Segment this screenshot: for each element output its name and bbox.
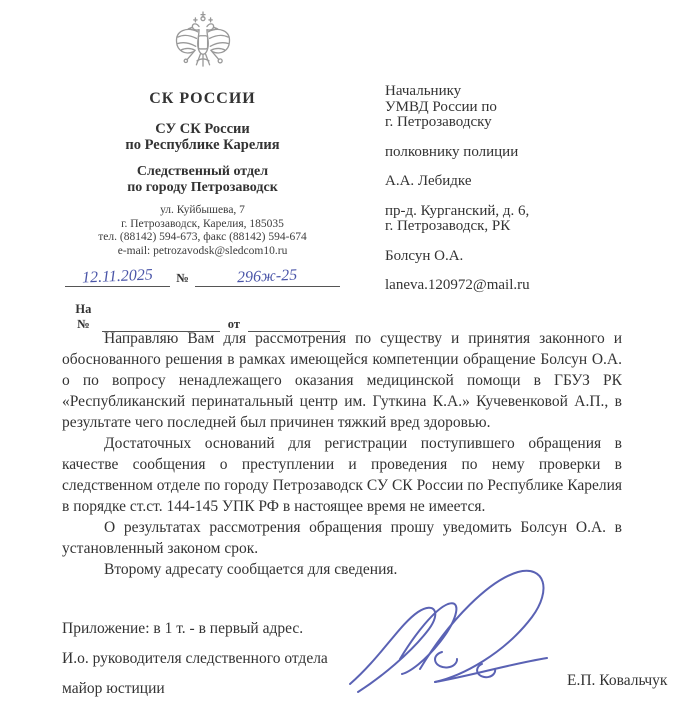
org-name-mid-line1: СУ СК России xyxy=(55,121,350,137)
attachment-line: Приложение: в 1 т. - в первый адрес. xyxy=(62,620,303,638)
signer-position-line1: И.о. руководителя следственного отдела xyxy=(62,650,328,668)
dept-line2: по городу Петрозаводск xyxy=(55,180,350,196)
handwritten-date: 12.11.2025 xyxy=(82,266,154,287)
recipient-address-line1: пр-д. Курганский, д. 6, xyxy=(385,204,635,220)
recipient-org-line2: г. Петрозаводску xyxy=(385,115,635,131)
recipient-title: Начальнику xyxy=(385,84,635,100)
org-name-top: СК РОССИИ xyxy=(55,90,350,108)
address-phone-fax: тел. (88142) 594-673, факс (88142) 594-6… xyxy=(55,231,350,245)
recipient-rank: полковнику полиции xyxy=(385,145,635,161)
address-email: e-mail: petrozavodsk@sledcom10.ru xyxy=(55,245,350,259)
handwritten-signature xyxy=(342,562,572,700)
signer-name: Е.П. Ковальчук xyxy=(567,672,667,690)
letter-body: Направляю Вам для рассмотрения по сущест… xyxy=(62,328,622,580)
recipient-name: А.А. Лебидке xyxy=(385,174,635,190)
org-name-mid-line2: по Республике Карелия xyxy=(55,137,350,153)
body-paragraph-1: Направляю Вам для рассмотрения по сущест… xyxy=(62,328,622,433)
address-street: ул. Куйбышева, 7 xyxy=(55,204,350,218)
handwritten-number: 296ж-25 xyxy=(237,267,298,288)
letterhead: СК РОССИИ СУ СК России по Республике Кар… xyxy=(55,8,350,332)
outgoing-number-line: 296ж-25 xyxy=(195,268,340,287)
document-page: СК РОССИИ СУ СК России по Республике Кар… xyxy=(0,0,677,703)
recipient-address-line2: г. Петрозаводск, РК xyxy=(385,219,635,235)
second-addressee-email: laneva.120972@mail.ru xyxy=(385,278,635,294)
recipient-block: Начальнику УМВД России по г. Петрозаводс… xyxy=(385,84,635,308)
body-paragraph-3: О результатах рассмотрения обращения про… xyxy=(62,517,622,559)
address-city: г. Петрозаводск, Карелия, 185035 xyxy=(55,218,350,232)
number-sign-label: № xyxy=(176,271,189,286)
body-paragraph-2: Достаточных оснований для регистрации по… xyxy=(62,433,622,517)
second-addressee-name: Болсун О.А. xyxy=(385,249,635,265)
outgoing-date-line: 12.11.2025 xyxy=(65,268,170,287)
signer-position-line2: майор юстиции xyxy=(62,680,165,698)
coat-of-arms-russia-icon xyxy=(55,8,350,84)
dept-line1: Следственный отдел xyxy=(55,164,350,180)
recipient-org-line1: УМВД России по xyxy=(385,100,635,116)
